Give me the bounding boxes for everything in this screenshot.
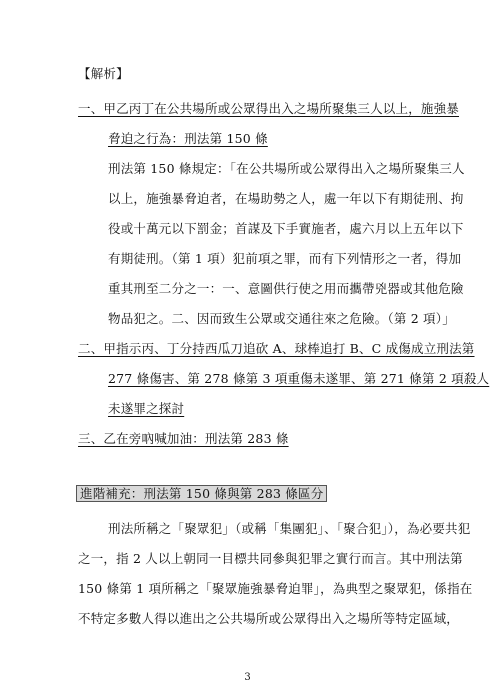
advanced-body-line: 之一，指 2 人以上朝同一目標共同參與犯罪之實行而言。其中刑法第 (78, 551, 463, 567)
advanced-supplement-title: 進階補充：刑法第 150 條與第 283 條區分 (76, 485, 327, 502)
advanced-body-line: 150 條第 1 項所稱之「聚眾施強暴脅迫罪」，為典型之聚眾犯，係指在 (78, 581, 472, 597)
section-2-title-line-2: 277 條傷害、第 278 條第 3 項重傷未遂罪、第 271 條第 2 項殺人 (108, 371, 489, 387)
section-2-title-line-1: 二、甲指示丙、丁分持西瓜刀追砍 A、球棒追打 B、C 成傷成立刑法第 (78, 341, 475, 357)
advanced-body-line: 不特定多數人得以進出之公共場所或公眾得出入之場所等特定區域， (78, 611, 459, 627)
section-1-title-line-2: 脅迫之行為：刑法第 150 條 (108, 131, 268, 147)
advanced-body-line: 刑法所稱之「聚眾犯」（或稱「集團犯」、「聚合犯」），為必要共犯 (108, 521, 470, 537)
body-line: 役或十萬元以下罰金；首謀及下手實施者，處六月以上五年以下 (108, 221, 464, 237)
section-2-title-line-3: 未遂罪之探討 (108, 401, 184, 417)
page-number: 3 (0, 672, 495, 683)
body-line: 重其刑至二分之一：一、意圖供行使之用而攜帶兇器或其他危險 (108, 281, 464, 297)
body-line: 刑法第 150 條規定：「在公共場所或公眾得出入之場所聚集三人 (108, 161, 465, 177)
section-1-title-line-1: 一、甲乙丙丁在公共場所或公眾得出入之場所聚集三人以上，施強暴 (78, 101, 459, 117)
body-line: 以上，施強暴脅迫者，在場助勢之人，處一年以下有期徒刑、拘 (108, 191, 464, 207)
section-3-title: 三、乙在旁吶喊加油：刑法第 283 條 (78, 431, 289, 447)
heading-analysis: 【解析】 (78, 66, 129, 82)
body-line: 物品犯之。二、因而致生公眾或交通往來之危險。（第 2 項）」 (108, 311, 455, 327)
body-line: 有期徒刑。（第 1 項）犯前項之罪，而有下列情形之一者，得加 (108, 251, 461, 267)
